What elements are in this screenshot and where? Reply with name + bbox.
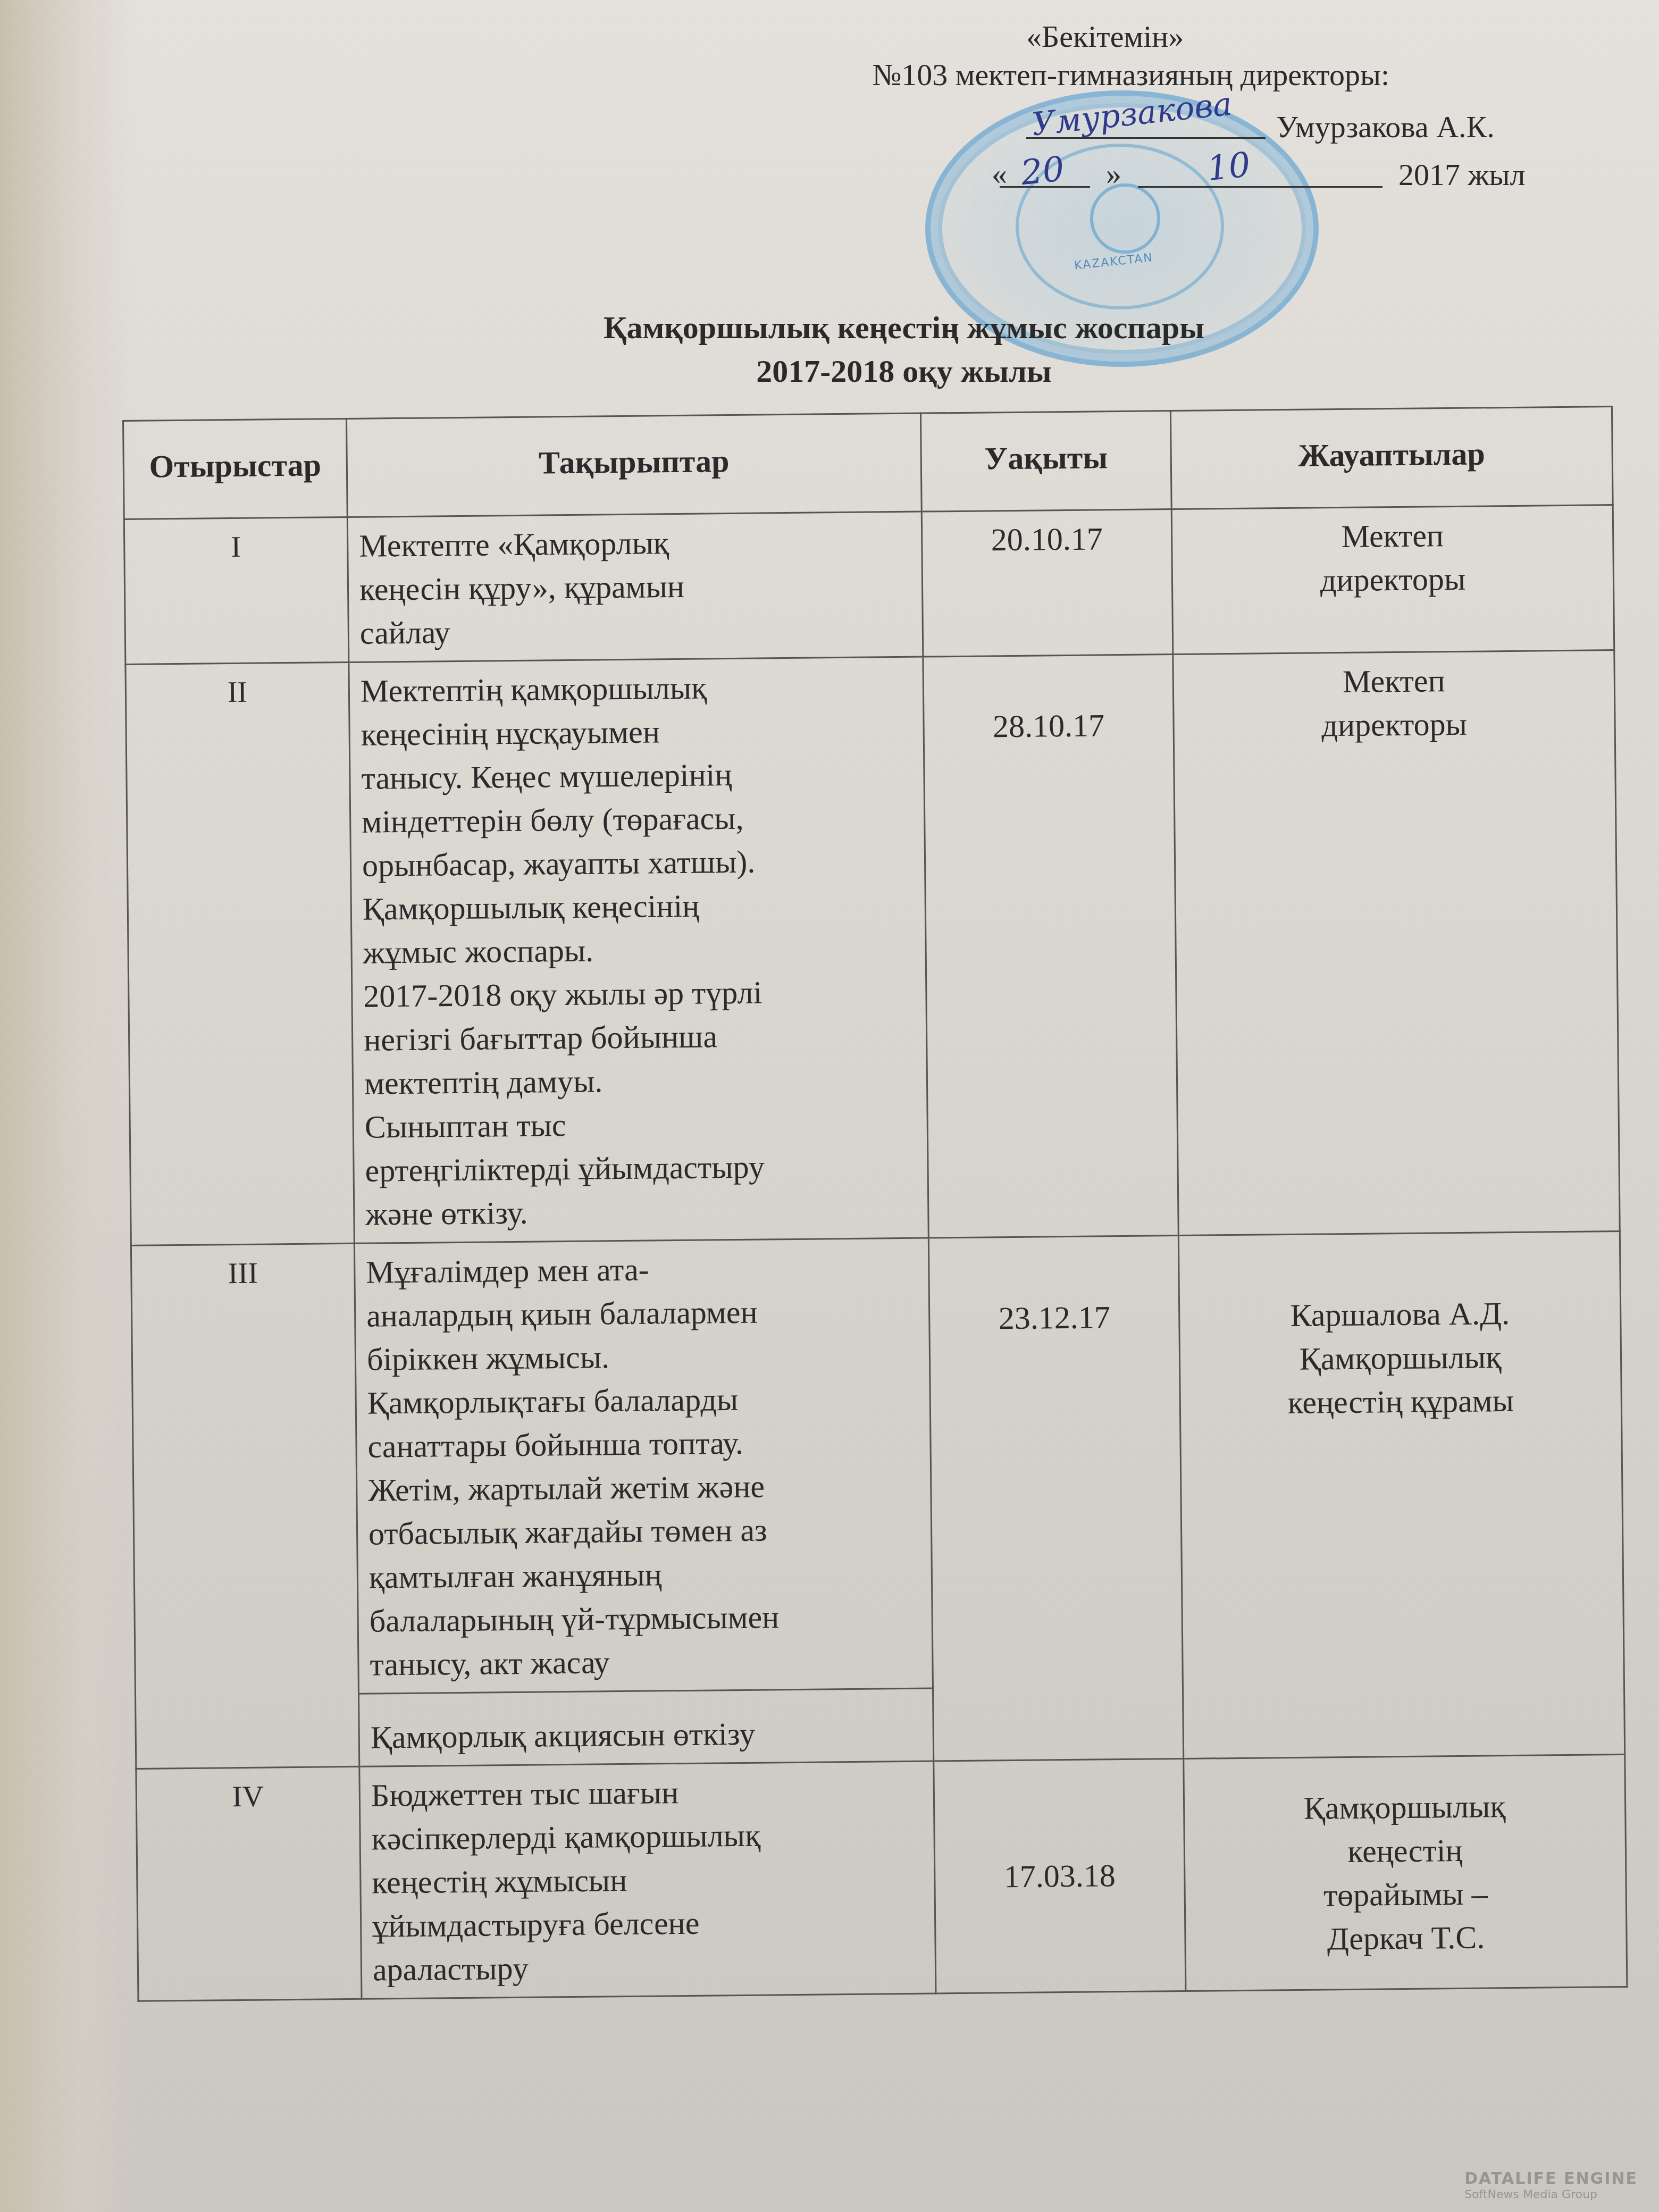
- title-line-2: 2017-2018 оқу жылы: [425, 349, 1382, 393]
- topic-line: біріккен жұмысы.: [367, 1333, 919, 1381]
- plan-table-container: Отырыстар Тақырыптар Уақыты Жауаптылар I…: [122, 406, 1626, 2002]
- table-row: IVБюджеттен тыс шағынкәсіпкерлерді қамқо…: [136, 1754, 1627, 2001]
- topic-line: міндеттерін бөлу (төрағасы,: [362, 795, 914, 844]
- responsible-line: Каршалова А.Д.: [1191, 1291, 1610, 1338]
- header-topics: Тақырыптар: [346, 413, 921, 517]
- session-date: 20.10.17: [921, 509, 1173, 657]
- session-date: 28.10.17: [923, 655, 1178, 1238]
- topic-line: және өткізу.: [365, 1187, 917, 1236]
- page-edge-shadow: [0, 0, 138, 2212]
- handwritten-month: 10: [1205, 148, 1252, 186]
- topic-line: араластыру: [373, 1943, 925, 1992]
- plan-table: Отырыстар Тақырыптар Уақыты Жауаптылар I…: [122, 406, 1628, 2002]
- table-row: IМектепте «Қамқорлықкеңесін құру», құрам…: [124, 505, 1614, 665]
- table-row: IIIМұғалімдер мен ата-аналардың қиын бал…: [131, 1231, 1624, 1696]
- session-date: 17.03.18: [934, 1758, 1186, 1993]
- topic-line: негізгі бағыттар бойынша: [364, 1013, 916, 1062]
- session-number: II: [125, 662, 354, 1245]
- session-topic: Мектептің қамқоршылықкеңесінің нұсқауыме…: [349, 657, 928, 1243]
- header-sessions: Отырыстар: [123, 418, 348, 519]
- topic-line: Мектептің қамқоршылық: [361, 664, 912, 713]
- handwritten-day: 20: [1019, 152, 1066, 190]
- topic-line: жұмыс жоспары.: [363, 926, 915, 975]
- topic-line: Жетім, жартылай жетім және: [368, 1463, 920, 1512]
- topic-line: танысу. Кеңес мүшелерінің: [361, 751, 913, 800]
- approval-heading: «Бекітемін»: [1026, 21, 1184, 52]
- responsible-line: кеңестің құрамы: [1191, 1378, 1610, 1426]
- responsible-line: Мектеп: [1184, 657, 1603, 705]
- table-row: IIМектептің қамқоршылықкеңесінің нұсқауы…: [125, 650, 1620, 1246]
- topic-line: Мектепте «Қамқорлық: [359, 519, 911, 568]
- session-topic: Мектепте «Қамқорлықкеңесін құру», құрамы…: [347, 512, 923, 662]
- topic-line: мектептің дамуы.: [364, 1057, 916, 1105]
- header-date: Уақыты: [920, 411, 1171, 512]
- topic-line: Бюджеттен тыс шағын: [371, 1769, 923, 1817]
- session-number: III: [131, 1243, 359, 1769]
- session-topic: Бюджеттен тыс шағынкәсіпкерлерді қамқорш…: [359, 1761, 936, 1999]
- session-sub-topic: Қамқорлық акциясын өткізу: [359, 1688, 934, 1766]
- topic-line: қамтылған жанұяның: [369, 1551, 921, 1599]
- session-number: IV: [136, 1766, 362, 2001]
- approval-year: 2017 жыл: [1398, 160, 1526, 190]
- stamp-label: KAZAKCTAN: [1074, 251, 1154, 272]
- session-responsible: Мектепдиректоры: [1171, 505, 1614, 655]
- watermark-brand: DATALIFE ENGINE: [1464, 2169, 1638, 2188]
- session-topic: Мұғалімдер мен ата-аналардың қиын балала…: [354, 1238, 933, 1694]
- responsible-line: Қамқоршылық: [1191, 1334, 1610, 1382]
- topic-line: Мұғалімдер мен ата-: [366, 1245, 918, 1294]
- approver-name: Умурзакова А.К.: [1276, 112, 1495, 143]
- topic-line: ұйымдастыруға белсене: [372, 1899, 924, 1948]
- topic-line: кәсіпкерлерді қамқоршылық: [371, 1812, 923, 1861]
- session-number: I: [124, 517, 349, 664]
- topic-line: кеңесін құру», құрамын: [359, 563, 911, 611]
- topic-line: Сыныптан тыс: [364, 1100, 916, 1149]
- topic-line: кеңестің жұмысын: [372, 1856, 924, 1905]
- watermark-subtitle: SoftNews Media Group: [1464, 2188, 1638, 2201]
- topic-line: сайлау: [359, 606, 911, 655]
- date-close-quote: »: [1106, 158, 1121, 189]
- topic-line: кеңесінің нұсқауымен: [361, 708, 912, 757]
- session-responsible: Каршалова А.Д.Қамқоршылықкеңестің құрамы: [1178, 1231, 1624, 1759]
- topic-line: орынбасар, жауапты хатшы).: [362, 839, 914, 887]
- topic-line: ертеңгіліктерді ұйымдастыру: [365, 1144, 917, 1193]
- responsible-line: директоры: [1184, 556, 1603, 604]
- day-line: [1000, 186, 1090, 188]
- header-responsible: Жауаптылар: [1170, 407, 1613, 509]
- handwritten-signature: Умурзакова: [1030, 88, 1234, 140]
- topic-line: аналардың қиын балалармен: [366, 1289, 918, 1338]
- responsible-line: Деркач Т.С.: [1196, 1914, 1615, 1962]
- responsible-line: Қамқоршылық: [1195, 1783, 1614, 1831]
- month-line: [1138, 186, 1382, 188]
- table-header-row: Отырыстар Тақырыптар Уақыты Жауаптылар: [123, 407, 1613, 520]
- document-title: Қамқоршылық кеңестің жұмыс жоспары 2017-…: [425, 306, 1382, 393]
- session-responsible: Мектепдиректоры: [1173, 650, 1620, 1236]
- topic-line: 2017-2018 оқу жылы әр түрлі: [363, 969, 915, 1018]
- responsible-line: төрайымы –: [1196, 1871, 1615, 1918]
- responsible-line: директоры: [1185, 701, 1604, 749]
- session-responsible: Қамқоршылықкеңестіңтөрайымы –Деркач Т.С.: [1184, 1754, 1627, 1991]
- topic-line: балаларының үй-тұрмысымен: [369, 1594, 921, 1643]
- topic-line: отбасылық жағдайы төмен аз: [368, 1507, 920, 1556]
- approver-position: №103 мектеп-гимназияның директоры:: [872, 60, 1389, 90]
- date-open-quote: «: [992, 158, 1007, 189]
- stamp-emblem-icon: [1090, 183, 1160, 254]
- topic-line: санаттары бойынша топтау.: [367, 1420, 919, 1469]
- responsible-line: Мектеп: [1183, 512, 1602, 560]
- topic-line: Қамқоршылық кеңесінің: [362, 882, 914, 931]
- title-line-1: Қамқоршылық кеңестің жұмыс жоспары: [425, 306, 1382, 349]
- session-date: 23.12.17: [928, 1236, 1183, 1761]
- topic-line: Қамқорлықтағы балаларды: [367, 1376, 919, 1425]
- watermark: DATALIFE ENGINE SoftNews Media Group: [1464, 2169, 1638, 2201]
- responsible-line: кеңестің: [1196, 1827, 1615, 1875]
- topic-line: танысу, акт жасау: [370, 1638, 921, 1687]
